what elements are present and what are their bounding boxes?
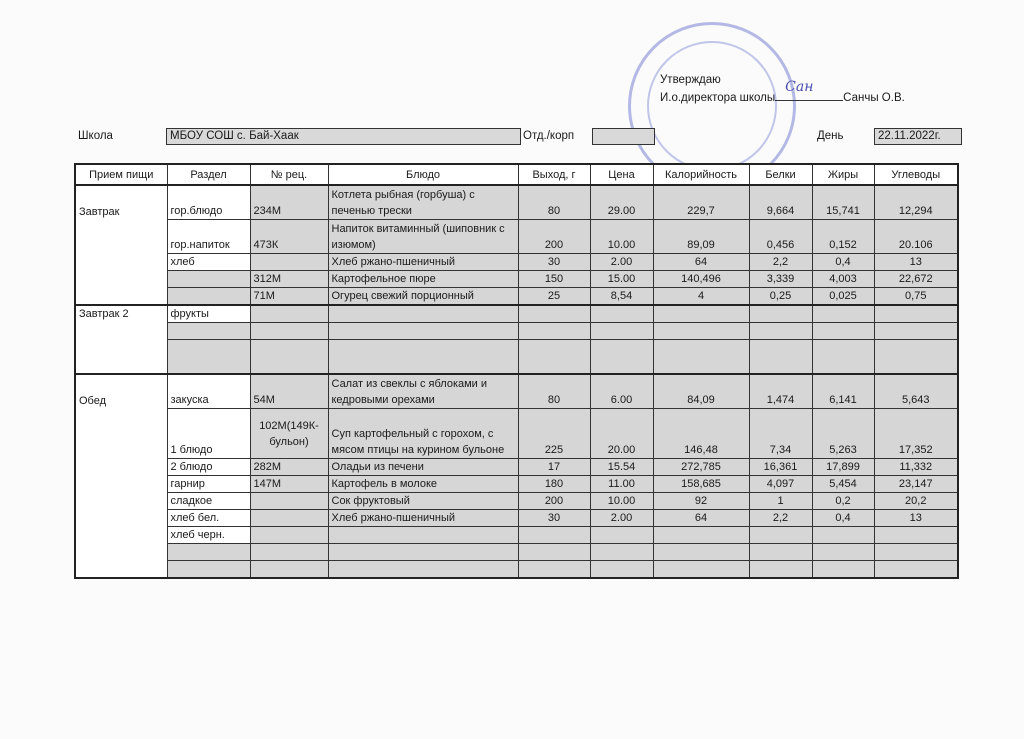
yield-cell xyxy=(518,340,590,375)
recipe-cell xyxy=(250,527,328,544)
carbs-cell xyxy=(874,544,958,561)
dish-cell: Хлеб ржано-пшеничный xyxy=(328,510,518,527)
calories-cell: 4 xyxy=(653,288,749,306)
director-name: Санчы О.В. xyxy=(843,92,905,104)
calories-cell: 140,496 xyxy=(653,271,749,288)
table-row: 1 блюдо102М(149К-бульон)Суп картофельный… xyxy=(75,409,958,459)
fat-cell: 0,152 xyxy=(812,220,874,254)
calories-cell xyxy=(653,305,749,323)
dept-label: Отд./корп xyxy=(523,130,574,142)
price-cell: 20.00 xyxy=(590,409,653,459)
price-cell xyxy=(590,305,653,323)
yield-cell xyxy=(518,561,590,579)
dish-cell: Картофельное пюре xyxy=(328,271,518,288)
fat-cell: 0,4 xyxy=(812,510,874,527)
dish-cell: Оладьи из печени xyxy=(328,459,518,476)
yield-cell xyxy=(518,544,590,561)
calories-cell: 64 xyxy=(653,254,749,271)
yield-cell: 30 xyxy=(518,510,590,527)
fat-cell xyxy=(812,340,874,375)
table-row: сладкоеСок фруктовый20010.009210,220,2 xyxy=(75,493,958,510)
school-label: Школа xyxy=(78,130,113,142)
yield-cell: 200 xyxy=(518,220,590,254)
table-row: Обедзакуска54МСалат из свеклы с яблоками… xyxy=(75,374,958,409)
col-dish: Блюдо xyxy=(328,164,518,185)
carbs-cell: 17,352 xyxy=(874,409,958,459)
protein-cell: 7,34 xyxy=(749,409,812,459)
section-cell: хлеб черн. xyxy=(167,527,250,544)
recipe-cell xyxy=(250,493,328,510)
recipe-cell: 54М xyxy=(250,374,328,409)
price-cell: 15.54 xyxy=(590,459,653,476)
yield-cell xyxy=(518,305,590,323)
day-field[interactable]: 22.11.2022г. xyxy=(874,128,962,145)
calories-cell xyxy=(653,527,749,544)
calories-cell: 158,685 xyxy=(653,476,749,493)
price-cell: 10.00 xyxy=(590,220,653,254)
price-cell: 11.00 xyxy=(590,476,653,493)
carbs-cell xyxy=(874,305,958,323)
protein-cell: 0,456 xyxy=(749,220,812,254)
table-row: Завтракгор.блюдо234МКотлета рыбная (горб… xyxy=(75,185,958,220)
price-cell xyxy=(590,340,653,375)
section-cell xyxy=(167,323,250,340)
protein-cell xyxy=(749,544,812,561)
col-yield: Выход, г xyxy=(518,164,590,185)
protein-cell: 16,361 xyxy=(749,459,812,476)
recipe-cell: 312М xyxy=(250,271,328,288)
dish-cell xyxy=(328,544,518,561)
table-row: 2 блюдо282МОладьи из печени1715.54272,78… xyxy=(75,459,958,476)
section-cell: фрукты xyxy=(167,305,250,323)
col-carbs: Углеводы xyxy=(874,164,958,185)
table-header-row: Прием пищи Раздел № рец. Блюдо Выход, г … xyxy=(75,164,958,185)
dept-field[interactable] xyxy=(592,128,655,145)
table-row: Завтрак 2фрукты xyxy=(75,305,958,323)
dish-cell xyxy=(328,561,518,579)
fat-cell xyxy=(812,323,874,340)
calories-cell: 272,785 xyxy=(653,459,749,476)
calories-cell xyxy=(653,323,749,340)
price-cell xyxy=(590,544,653,561)
approval-position: И.о.директора школы xyxy=(660,92,775,104)
fat-cell: 15,741 xyxy=(812,185,874,220)
protein-cell: 0,25 xyxy=(749,288,812,306)
dish-cell: Суп картофельный с горохом, с мясом птиц… xyxy=(328,409,518,459)
dish-cell xyxy=(328,323,518,340)
dish-cell: Салат из свеклы с яблоками и кедровыми о… xyxy=(328,374,518,409)
approval-block: Утверждаю И.о.директора школыСанСанчы О.… xyxy=(660,72,905,107)
fat-cell: 0,025 xyxy=(812,288,874,306)
recipe-cell xyxy=(250,510,328,527)
yield-cell: 80 xyxy=(518,374,590,409)
protein-cell: 1,474 xyxy=(749,374,812,409)
carbs-cell: 13 xyxy=(874,510,958,527)
fat-cell: 4,003 xyxy=(812,271,874,288)
carbs-cell: 0,75 xyxy=(874,288,958,306)
carbs-cell: 5,643 xyxy=(874,374,958,409)
recipe-cell xyxy=(250,254,328,271)
yield-cell: 80 xyxy=(518,185,590,220)
section-cell: закуска xyxy=(167,374,250,409)
section-cell: 2 блюдо xyxy=(167,459,250,476)
carbs-cell xyxy=(874,527,958,544)
section-cell xyxy=(167,561,250,579)
section-cell xyxy=(167,340,250,375)
table-row: хлебХлеб ржано-пшеничный302.00642,20,413 xyxy=(75,254,958,271)
meal-name: Завтрак 2 xyxy=(75,305,167,374)
yield-cell xyxy=(518,323,590,340)
carbs-cell: 11,332 xyxy=(874,459,958,476)
col-recipe: № рец. xyxy=(250,164,328,185)
school-field[interactable]: МБОУ СОШ с. Бай-Хаак xyxy=(166,128,521,145)
price-cell xyxy=(590,561,653,579)
recipe-cell: 282М xyxy=(250,459,328,476)
fat-cell xyxy=(812,544,874,561)
yield-cell: 30 xyxy=(518,254,590,271)
protein-cell xyxy=(749,340,812,375)
fat-cell xyxy=(812,305,874,323)
yield-cell: 180 xyxy=(518,476,590,493)
col-price: Цена xyxy=(590,164,653,185)
table-row: хлеб бел.Хлеб ржано-пшеничный302.00642,2… xyxy=(75,510,958,527)
calories-cell: 229,7 xyxy=(653,185,749,220)
calories-cell xyxy=(653,561,749,579)
recipe-cell: 234М xyxy=(250,185,328,220)
yield-cell: 225 xyxy=(518,409,590,459)
fat-cell xyxy=(812,561,874,579)
calories-cell xyxy=(653,544,749,561)
section-cell xyxy=(167,544,250,561)
fat-cell: 0,2 xyxy=(812,493,874,510)
table-row: 71МОгурец свежий порционный258,5440,250,… xyxy=(75,288,958,306)
calories-cell: 146,48 xyxy=(653,409,749,459)
section-cell: гарнир xyxy=(167,476,250,493)
protein-cell: 2,2 xyxy=(749,510,812,527)
yield-cell: 25 xyxy=(518,288,590,306)
meal-name: Завтрак xyxy=(75,185,167,305)
section-cell: хлеб бел. xyxy=(167,510,250,527)
table-row xyxy=(75,561,958,579)
col-section: Раздел xyxy=(167,164,250,185)
section-cell: гор.блюдо xyxy=(167,185,250,220)
calories-cell: 84,09 xyxy=(653,374,749,409)
recipe-cell: 147М xyxy=(250,476,328,493)
protein-cell xyxy=(749,527,812,544)
yield-cell: 200 xyxy=(518,493,590,510)
calories-cell: 89,09 xyxy=(653,220,749,254)
section-cell: сладкое xyxy=(167,493,250,510)
col-protein: Белки xyxy=(749,164,812,185)
yield-cell: 17 xyxy=(518,459,590,476)
section-cell xyxy=(167,271,250,288)
carbs-cell: 20,2 xyxy=(874,493,958,510)
col-meal: Прием пищи xyxy=(75,164,167,185)
section-cell: 1 блюдо xyxy=(167,409,250,459)
calories-cell: 64 xyxy=(653,510,749,527)
dish-cell xyxy=(328,340,518,375)
dish-cell: Огурец свежий порционный xyxy=(328,288,518,306)
carbs-cell: 13 xyxy=(874,254,958,271)
carbs-cell xyxy=(874,340,958,375)
table-row xyxy=(75,340,958,375)
carbs-cell: 23,147 xyxy=(874,476,958,493)
yield-cell xyxy=(518,527,590,544)
fat-cell: 0,4 xyxy=(812,254,874,271)
section-cell xyxy=(167,288,250,306)
recipe-cell: 102М(149К-бульон) xyxy=(250,409,328,459)
dish-cell: Хлеб ржано-пшеничный xyxy=(328,254,518,271)
approval-title: Утверждаю xyxy=(660,72,905,89)
recipe-cell xyxy=(250,561,328,579)
carbs-cell xyxy=(874,323,958,340)
price-cell: 15.00 xyxy=(590,271,653,288)
table-row xyxy=(75,323,958,340)
recipe-cell xyxy=(250,544,328,561)
protein-cell xyxy=(749,561,812,579)
table-row xyxy=(75,544,958,561)
price-cell: 2.00 xyxy=(590,510,653,527)
signature-line: Сан xyxy=(775,89,843,101)
menu-table: Прием пищи Раздел № рец. Блюдо Выход, г … xyxy=(74,163,959,579)
section-cell: гор.напиток xyxy=(167,220,250,254)
protein-cell xyxy=(749,323,812,340)
section-cell: хлеб xyxy=(167,254,250,271)
protein-cell: 3,339 xyxy=(749,271,812,288)
recipe-cell: 71М xyxy=(250,288,328,306)
price-cell: 6.00 xyxy=(590,374,653,409)
price-cell xyxy=(590,323,653,340)
table-row: гарнир147МКартофель в молоке18011.00158,… xyxy=(75,476,958,493)
recipe-cell xyxy=(250,340,328,375)
carbs-cell xyxy=(874,561,958,579)
fat-cell xyxy=(812,527,874,544)
recipe-cell xyxy=(250,323,328,340)
price-cell: 29.00 xyxy=(590,185,653,220)
protein-cell xyxy=(749,305,812,323)
fat-cell: 5,263 xyxy=(812,409,874,459)
yield-cell: 150 xyxy=(518,271,590,288)
carbs-cell: 20.106 xyxy=(874,220,958,254)
carbs-cell: 22,672 xyxy=(874,271,958,288)
day-label: День xyxy=(817,130,844,142)
fat-cell: 5,454 xyxy=(812,476,874,493)
dish-cell: Напиток витаминный (шиповник с изюмом) xyxy=(328,220,518,254)
fat-cell: 17,899 xyxy=(812,459,874,476)
calories-cell: 92 xyxy=(653,493,749,510)
meal-name: Обед xyxy=(75,374,167,578)
price-cell: 10.00 xyxy=(590,493,653,510)
col-calories: Калорийность xyxy=(653,164,749,185)
price-cell: 2.00 xyxy=(590,254,653,271)
price-cell: 8,54 xyxy=(590,288,653,306)
recipe-cell: 473К xyxy=(250,220,328,254)
col-fat: Жиры xyxy=(812,164,874,185)
price-cell xyxy=(590,527,653,544)
dish-cell: Котлета рыбная (горбуша) с печенью треск… xyxy=(328,185,518,220)
fat-cell: 6,141 xyxy=(812,374,874,409)
dish-cell xyxy=(328,527,518,544)
protein-cell: 9,664 xyxy=(749,185,812,220)
dish-cell: Сок фруктовый xyxy=(328,493,518,510)
dish-cell xyxy=(328,305,518,323)
protein-cell: 2,2 xyxy=(749,254,812,271)
signature: Сан xyxy=(785,79,813,96)
table-row: хлеб черн. xyxy=(75,527,958,544)
protein-cell: 1 xyxy=(749,493,812,510)
table-row: 312МКартофельное пюре15015.00140,4963,33… xyxy=(75,271,958,288)
recipe-cell xyxy=(250,305,328,323)
calories-cell xyxy=(653,340,749,375)
carbs-cell: 12,294 xyxy=(874,185,958,220)
protein-cell: 4,097 xyxy=(749,476,812,493)
table-row: гор.напиток473КНапиток витаминный (шипов… xyxy=(75,220,958,254)
dish-cell: Картофель в молоке xyxy=(328,476,518,493)
